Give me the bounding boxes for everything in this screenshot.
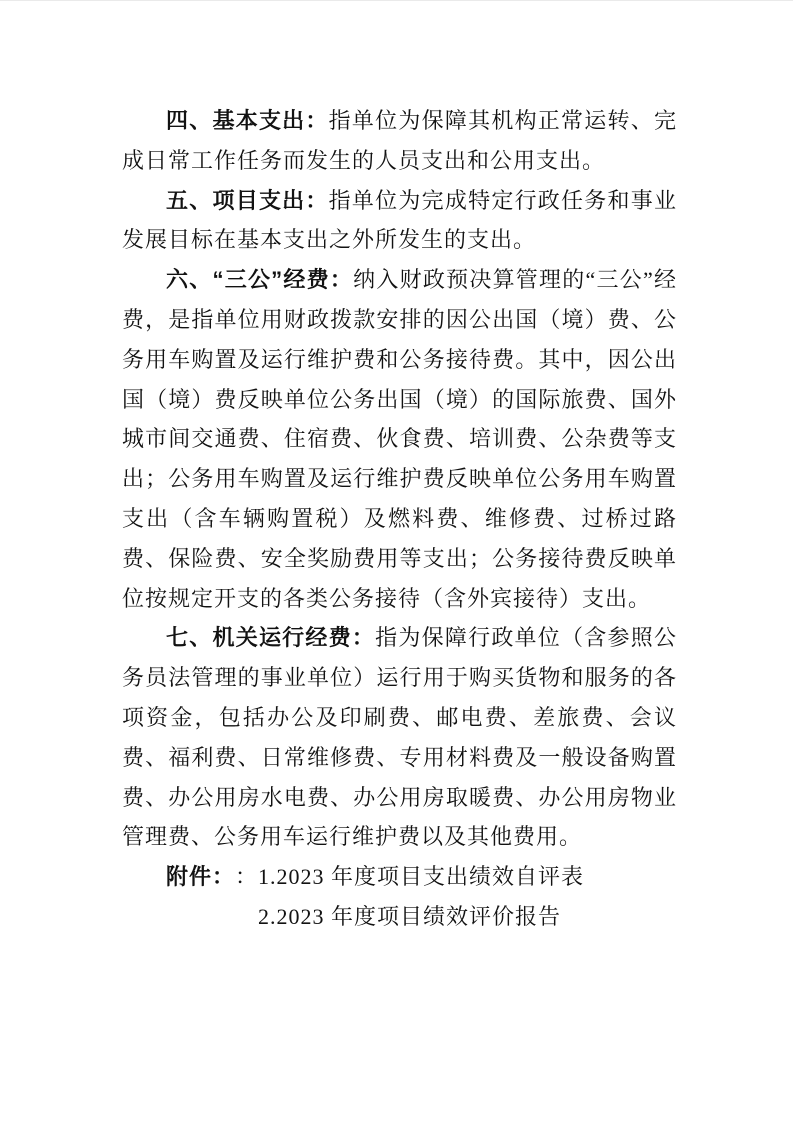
attachment-item-self-evaluation-table: 1.2023 年度项目支出绩效自评表	[258, 857, 584, 897]
attachment-item-performance-report: 2.2023 年度项目绩效评价报告	[258, 897, 584, 937]
paragraph-three-public-funds: 六、“三公”经费：纳入财政预决算管理的“三公”经费，是指单位用财政拨款安排的因公…	[122, 260, 677, 618]
paragraph-heading-three-public-funds: 六、“三公”经费：	[166, 267, 353, 292]
attachment-label-separator: ：	[235, 857, 258, 897]
document-page: 四、基本支出：指单位为保障其机构正常运转、完成日常工作任务而发生的人员支出和公用…	[0, 0, 793, 1122]
attachment-items: 1.2023 年度项目支出绩效自评表 2.2023 年度项目绩效评价报告	[258, 857, 584, 937]
attachment-label: 附件：	[166, 857, 235, 897]
paragraph-basic-expenditure: 四、基本支出：指单位为保障其机构正常运转、完成日常工作任务而发生的人员支出和公用…	[122, 101, 677, 181]
attachment-list: 附件：： 1.2023 年度项目支出绩效自评表 2.2023 年度项目绩效评价报…	[122, 857, 677, 937]
page-top-edge-line	[0, 0, 793, 1]
paragraph-heading-basic-expenditure: 四、基本支出：	[166, 108, 329, 133]
paragraph-heading-project-expenditure: 五、项目支出：	[166, 188, 329, 213]
paragraph-heading-agency-operating-funds: 七、机关运行经费：	[166, 625, 375, 650]
paragraph-body-three-public-funds: 纳入财政预决算管理的“三公”经费，是指单位用财政拨款安排的因公出国（境）费、公务…	[122, 267, 677, 610]
paragraph-project-expenditure: 五、项目支出：指单位为完成特定行政任务和事业发展目标在基本支出之外所发生的支出。	[122, 181, 677, 261]
paragraph-body-agency-operating-funds: 指为保障行政单位（含参照公务员法管理的事业单位）运行用于购买货物和服务的各项资金…	[122, 625, 677, 849]
paragraph-agency-operating-funds: 七、机关运行经费：指为保障行政单位（含参照公务员法管理的事业单位）运行用于购买货…	[122, 618, 677, 857]
